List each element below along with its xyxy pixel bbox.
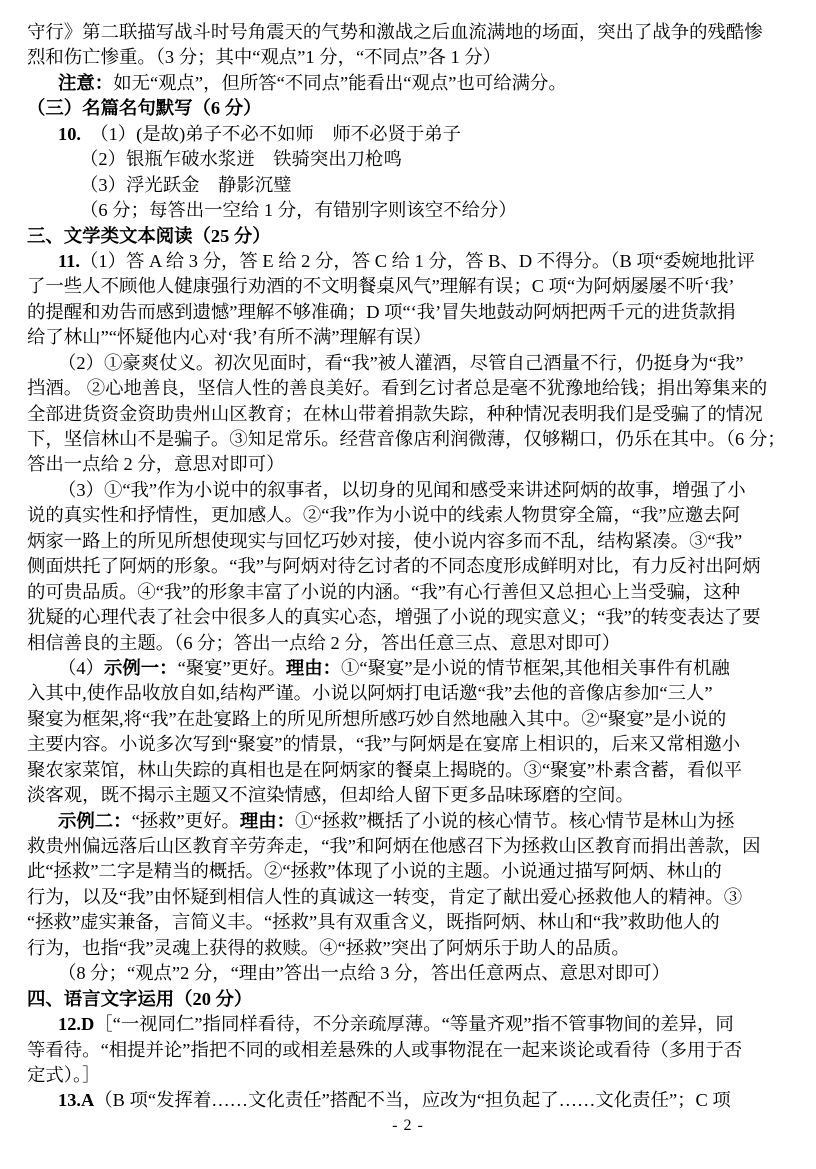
text-segment: （1）(是故)弟子不必不如师 师不必贤于弟子 — [81, 124, 461, 144]
bold-text-segment: 11. — [58, 251, 80, 271]
text-segment: 侧面烘托了阿炳的形象。“我”与阿炳对待乞讨者的不同态度形成鲜明对比，有力反衬出阿… — [27, 556, 761, 576]
text-segment: 说的真实性和抒情性，更加感人。②“我”作为小说中的线索人物贯穿全篇，“我”应邀去… — [27, 505, 740, 525]
text-line: 全部进货资金资助贵州山区教育；在林山带着捐款失踪，种种情况表明我们是受骗了的情况 — [27, 402, 778, 427]
text-segment: 聚农家菜馆，林山失踪的真相也是在阿炳家的餐桌上揭晓的。③“聚宴”朴素含蓄，看似平 — [27, 760, 742, 780]
text-line: （2）银瓶乍破水浆迸 铁骑突出刀枪鸣 — [27, 147, 778, 172]
text-segment: （6 分；每答出一空给 1 分，有错别字则该空不给分） — [80, 200, 517, 220]
text-segment: （B 项“发挥着……文化责任”搭配不当，应改为“担负起了……文化责任”；C 项 — [94, 1090, 731, 1110]
bold-text-segment: 示例二： — [58, 811, 132, 831]
text-segment: 主要内容。小说多次写到“聚宴”的情景，“我”与阿炳是在宴席上相识的，后来又常相邀… — [27, 734, 740, 754]
text-line: 烈和伤亡惨重。（3 分；其中“观点”1 分，“不同点”各 1 分） — [27, 45, 778, 70]
text-line: 入其中,使作品收放自如,结构严谨。小说以阿炳打电话邀“我”去他的音像店参加“三人… — [27, 681, 778, 706]
text-line: 注意：如无“观点”，但所答“不同点”能看出“观点”也可给满分。 — [27, 71, 778, 96]
text-segment: 全部进货资金资助贵州山区教育；在林山带着捐款失踪，种种情况表明我们是受骗了的情况 — [27, 404, 763, 424]
text-segment: （1）答 A 给 3 分，答 E 给 2 分，答 C 给 1 分，答 B、D 不… — [80, 251, 755, 271]
text-segment: 如无“观点”，但所答“不同点”能看出“观点”也可给满分。 — [113, 73, 567, 93]
text-segment: （2）①豪爽仗义。初次见面时，看“我”被人灌酒，尽管自己酒量不行，仍挺身为“我” — [58, 353, 744, 373]
text-line: （2）①豪爽仗义。初次见面时，看“我”被人灌酒，尽管自己酒量不行，仍挺身为“我” — [27, 351, 778, 376]
text-segment: 了一些人不顾他人健康强行劝酒的不文明餐桌风气”理解有误；C 项“为阿炳屡屡不听‘… — [27, 276, 735, 296]
text-segment: （2）银瓶乍破水浆迸 铁骑突出刀枪鸣 — [80, 149, 402, 169]
text-segment: 给了林山”“怀疑他内心对‘我’有所不满”理解有误） — [27, 327, 432, 347]
text-segment: 挡酒。 ②心地善良，坚信人性的善良美好。看到乞讨者总是毫不犹豫地给钱；捐出筹集来… — [27, 378, 767, 398]
bold-text-segment: 示例一： — [104, 658, 178, 678]
text-line: 淡客观，既不揭示主题又不渲染情感，但却给人留下更多品味琢磨的空间。 — [27, 783, 778, 808]
text-line: 了一些人不顾他人健康强行劝酒的不文明餐桌风气”理解有误；C 项“为阿炳屡屡不听‘… — [27, 274, 778, 299]
text-segment: “拯救”更好。 — [132, 811, 240, 831]
text-line: 聚宴为框架,将“我”在赴宴路上的所见所想所感巧妙自然地融入其中。②“聚宴”是小说… — [27, 707, 778, 732]
text-segment: 淡客观，既不揭示主题又不渲染情感，但却给人留下更多品味琢磨的空间。 — [27, 785, 634, 805]
text-segment: （3）浮光跃金 静影沉璧 — [80, 175, 292, 195]
text-segment: 答出一点给 2 分，意思对即可） — [27, 454, 284, 474]
text-segment: 行为，也指“我”灵魂上获得的救赎。④“拯救”突出了阿炳乐于助人的品质。 — [27, 938, 630, 958]
text-line: （3）①“我”作为小说中的叙事者，以切身的见闻和感受来讲述阿炳的故事，增强了小 — [27, 478, 778, 503]
text-line: （3）浮光跃金 静影沉璧 — [27, 173, 778, 198]
text-line: 12.D［“一视同仁”指同样看待，不分亲疏厚薄。“等量齐观”指不管事物间的差异，… — [27, 1012, 778, 1037]
text-segment: 聚宴为框架,将“我”在赴宴路上的所见所想所感巧妙自然地融入其中。②“聚宴”是小说… — [27, 709, 726, 729]
text-line: 四、语言文字运用（20 分） — [27, 987, 778, 1012]
text-segment: 入其中,使作品收放自如,结构严谨。小说以阿炳打电话邀“我”去他的音像店参加“三人… — [27, 683, 713, 703]
text-line: （8 分；“观点”2 分，“理由”答出一点给 3 分，答出任意两点、意思对即可） — [27, 961, 778, 986]
text-segment: 烈和伤亡惨重。（3 分；其中“观点”1 分，“不同点”各 1 分） — [27, 47, 501, 67]
text-line: 炳家一路上的所见所想使现实与回忆巧妙对接，使小说内容多而不乱，结构紧凑。③“我” — [27, 529, 778, 554]
text-segment: 犹疑的心理代表了社会中很多人的真实心态，增强了小说的现实意义；“我”的转变表达了… — [27, 607, 761, 627]
bold-text-segment: 13.A — [58, 1090, 94, 1110]
bold-text-segment: 理由： — [240, 811, 295, 831]
text-block: 守行》第二联描写战斗时号角震天的气势和激战之后血流满地的场面，突出了战争的残酷惨… — [27, 20, 778, 1114]
text-segment: 的可贵品质。④“我”的形象丰富了小说的内涵。“我”有心行善但又总担心上当受骗，这… — [27, 582, 740, 602]
text-segment: 此“拯救”二字是精当的概括。②“拯救”体现了小说的主题。小说通过描写阿炳、林山的 — [27, 861, 722, 881]
text-segment: ［“一视同仁”指同样看待，不分亲疏厚薄。“等量齐观”指不管事物间的差异，同 — [94, 1014, 734, 1034]
text-line: （三）名篇名句默写（6 分） — [27, 96, 778, 121]
text-segment: “拯救”虚实兼备，言简义丰。“拯救”具有双重含义，既指阿炳、林山和“我”救助他人… — [27, 912, 720, 932]
text-line: 的提醒和劝告而感到遗憾”理解不够准确；D 项“‘我’冒失地鼓动阿炳把两千元的进货… — [27, 300, 778, 325]
text-segment: 守行》第二联描写战斗时号角震天的气势和激战之后血流满地的场面，突出了战争的残酷惨 — [27, 22, 763, 42]
text-segment: ①“聚宴”是小说的情节框架,其他相关事件有机融 — [341, 658, 730, 678]
bold-text-segment: 四、语言文字运用（20 分） — [27, 989, 252, 1009]
text-segment: 相信善良的主题。（6 分；答出一点给 2 分，答出任意三点、意思对即可） — [27, 633, 620, 653]
text-segment: （4） — [58, 658, 104, 678]
text-line: 相信善良的主题。（6 分；答出一点给 2 分，答出任意三点、意思对即可） — [27, 631, 778, 656]
text-segment: 救贵州偏远落后山区教育辛劳奔走，“我”和阿炳在他感召下为拯救山区教育而捐出善款，… — [27, 836, 761, 856]
bold-text-segment: 三、文学类文本阅读（25 分） — [27, 226, 271, 246]
bold-text-segment: 理由： — [286, 658, 341, 678]
text-line: （4）示例一：“聚宴”更好。理由：①“聚宴”是小说的情节框架,其他相关事件有机融 — [27, 656, 778, 681]
text-line: 等看待。“相提并论”指把不同的或相差悬殊的人或事物混在一起来谈论或看待（多用于否 — [27, 1038, 778, 1063]
bold-text-segment: 12.D — [58, 1014, 94, 1034]
text-line: 侧面烘托了阿炳的形象。“我”与阿炳对待乞讨者的不同态度形成鲜明对比，有力反衬出阿… — [27, 554, 778, 579]
text-line: （6 分；每答出一空给 1 分，有错别字则该空不给分） — [27, 198, 778, 223]
bold-text-segment: 10. — [58, 124, 81, 144]
text-line: 示例二：“拯救”更好。理由：①“拯救”概括了小说的核心情节。核心情节是林山为拯 — [27, 809, 778, 834]
text-segment: （3）①“我”作为小说中的叙事者，以切身的见闻和感受来讲述阿炳的故事，增强了小 — [58, 480, 746, 500]
text-segment: 下，坚信林山不是骗子。③知足常乐。经营音像店利润微薄，仅够糊口，仍乐在其中。（6… — [27, 429, 786, 449]
text-line: 给了林山”“怀疑他内心对‘我’有所不满”理解有误） — [27, 325, 778, 350]
text-line: 行为，以及“我”由怀疑到相信人性的真诚这一转变，肯定了献出爱心拯救他人的精神。③ — [27, 885, 778, 910]
page-number: - 2 - — [0, 1115, 816, 1137]
text-line: 行为，也指“我”灵魂上获得的救赎。④“拯救”突出了阿炳乐于助人的品质。 — [27, 936, 778, 961]
text-segment: 的提醒和劝告而感到遗憾”理解不够准确；D 项“‘我’冒失地鼓动阿炳把两千元的进货… — [27, 302, 736, 322]
text-line: 救贵州偏远落后山区教育辛劳奔走，“我”和阿炳在他感召下为拯救山区教育而捐出善款，… — [27, 834, 778, 859]
text-segment: （8 分；“观点”2 分，“理由”答出一点给 3 分，答出任意两点、意思对即可） — [58, 963, 670, 983]
text-segment: 等看待。“相提并论”指把不同的或相差悬殊的人或事物混在一起来谈论或看待（多用于否 — [27, 1040, 742, 1060]
text-segment: 行为，以及“我”由怀疑到相信人性的真诚这一转变，肯定了献出爱心拯救他人的精神。③ — [27, 887, 742, 907]
text-segment: 定式）。］ — [27, 1065, 101, 1085]
text-line: 答出一点给 2 分，意思对即可） — [27, 452, 778, 477]
text-line: 聚农家菜馆，林山失踪的真相也是在阿炳家的餐桌上揭晓的。③“聚宴”朴素含蓄，看似平 — [27, 758, 778, 783]
text-line: “拯救”虚实兼备，言简义丰。“拯救”具有双重含义，既指阿炳、林山和“我”救助他人… — [27, 910, 778, 935]
bold-text-segment: 注意： — [58, 73, 113, 93]
document-page: 守行》第二联描写战斗时号角震天的气势和激战之后血流满地的场面，突出了战争的残酷惨… — [0, 0, 816, 1169]
text-line: 挡酒。 ②心地善良，坚信人性的善良美好。看到乞讨者总是毫不犹豫地给钱；捐出筹集来… — [27, 376, 778, 401]
text-line: 的可贵品质。④“我”的形象丰富了小说的内涵。“我”有心行善但又总担心上当受骗，这… — [27, 580, 778, 605]
text-line: 此“拯救”二字是精当的概括。②“拯救”体现了小说的主题。小说通过描写阿炳、林山的 — [27, 859, 778, 884]
text-line: 13.A（B 项“发挥着……文化责任”搭配不当，应改为“担负起了……文化责任”；… — [27, 1088, 778, 1113]
text-line: 说的真实性和抒情性，更加感人。②“我”作为小说中的线索人物贯穿全篇，“我”应邀去… — [27, 503, 778, 528]
text-line: 主要内容。小说多次写到“聚宴”的情景，“我”与阿炳是在宴席上相识的，后来又常相邀… — [27, 732, 778, 757]
text-line: 犹疑的心理代表了社会中很多人的真实心态，增强了小说的现实意义；“我”的转变表达了… — [27, 605, 778, 630]
text-line: 守行》第二联描写战斗时号角震天的气势和激战之后血流满地的场面，突出了战争的残酷惨 — [27, 20, 778, 45]
text-line: 10. （1）(是故)弟子不必不如师 师不必贤于弟子 — [27, 122, 778, 147]
bold-text-segment: （三）名篇名句默写（6 分） — [27, 98, 261, 118]
text-line: 11.（1）答 A 给 3 分，答 E 给 2 分，答 C 给 1 分，答 B、… — [27, 249, 778, 274]
text-line: 三、文学类文本阅读（25 分） — [27, 224, 778, 249]
text-segment: “聚宴”更好。 — [178, 658, 286, 678]
text-line: 下，坚信林山不是骗子。③知足常乐。经营音像店利润微薄，仅够糊口，仍乐在其中。（6… — [27, 427, 778, 452]
text-segment: 炳家一路上的所见所想使现实与回忆巧妙对接，使小说内容多而不乱，结构紧凑。③“我” — [27, 531, 742, 551]
text-line: 定式）。］ — [27, 1063, 778, 1088]
text-segment: ①“拯救”概括了小说的核心情节。核心情节是林山为拯 — [295, 811, 734, 831]
